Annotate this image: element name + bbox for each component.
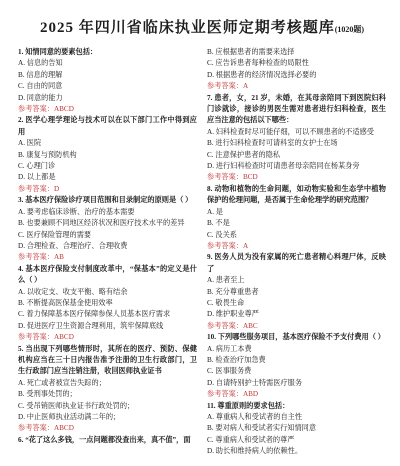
question-option: D. 合理检查、合理治疗、合理收费 <box>18 241 197 252</box>
question-option: A. 患者至上 <box>207 275 386 286</box>
question-option: A. 信息的告知 <box>18 58 197 69</box>
document-page: 2025 年四川省临床执业医师定期考核题库(1020题) 1. 知情同意的要素包… <box>0 0 400 466</box>
question-option: C. 应告诉患者每种检查的局限性 <box>207 58 386 69</box>
question-stem: 4. 基本医疗保险支付制度改革中，“保基本”的定义是什么（ ） <box>18 264 197 287</box>
question-block: 8. 动物和植物的生命问题，如动物实验和生态学中植物保护的伦理问题，是否属于生命… <box>207 184 386 252</box>
question-option: B. 信息的理解 <box>18 70 197 81</box>
question-option: A. 以收定支、收支平衡、略有结余 <box>18 287 197 298</box>
question-option: B. 应根据患者的需要来选择 <box>207 47 386 58</box>
question-block: B. 应根据患者的需要来选择C. 应告诉患者每种检查的局限性D. 根据患者的经济… <box>207 47 386 93</box>
question-option: B. 受刑事处罚的； <box>18 389 197 400</box>
question-block: 9. 医务人员为没有家属的死亡患者精心料理尸体，反映了A. 患者至上B. 充分尊… <box>207 252 386 332</box>
question-option: A. 尊重病人和受试者的自主性 <box>207 412 386 423</box>
answer-line: 参考答案：ABD <box>207 389 386 400</box>
answer-line: 参考答案：A <box>207 81 386 92</box>
two-column-layout: 1. 知情同意的要素包括：A. 信息的告知B. 信息的理解C. 自由的同意D. … <box>18 47 386 458</box>
answer-line: 参考答案：ABCD <box>18 423 197 434</box>
question-option: B. 康复与预防机构 <box>18 150 197 161</box>
left-column: 1. 知情同意的要素包括：A. 信息的告知B. 信息的理解C. 自由的同意D. … <box>18 47 197 458</box>
question-option: B. 也要兼顾不同地区经济状况和医疗技术水平的差异 <box>18 218 197 229</box>
answer-line: 参考答案：D <box>18 184 197 195</box>
question-option: C. 尊重病人和受试者的尊严 <box>207 435 386 446</box>
question-option: A. 医院 <box>18 138 197 149</box>
question-option: C. 心理门诊 <box>18 161 197 172</box>
question-stem: 11. 尊重原则的要求包括： <box>207 401 386 412</box>
question-stem: 7. 患者，女，21 岁，未婚，在其母亲陪同下到医院妇科门诊就诊，接诊的男医生需… <box>207 93 386 127</box>
question-option: A. 要考虑临床诊断、治疗的基本需要 <box>18 207 197 218</box>
question-option: C. 敬畏生命 <box>207 298 386 309</box>
question-block: 4. 基本医疗保险支付制度改革中，“保基本”的定义是什么（ ）A. 以收定支、收… <box>18 264 197 344</box>
question-option: C. 医疗保险管理的需要 <box>18 230 197 241</box>
question-option: D. 中止医师执业活动满二年的； <box>18 412 197 423</box>
answer-line: 参考答案：ABCD <box>18 104 197 115</box>
question-option: A. 死亡或者被宣告失踪的； <box>18 378 197 389</box>
answer-line: 参考答案：AB <box>18 252 197 263</box>
question-option: D. 助长和维持病人的依赖性。 <box>207 446 386 457</box>
title-suffix: (1020题) <box>335 25 364 34</box>
question-stem: 3. 基本医疗保险诊疗项目范围和目录制定的原则是（ ） <box>18 195 197 206</box>
question-stem: 5. 当出现下列哪些情形时，其所在的医疗、预防、保健机构应当在三十日内报告准予注… <box>18 344 197 378</box>
question-option: D. 自请特别护士特需医疗服务 <box>207 378 386 389</box>
question-stem: 10. 下列哪些服务项目，基本医疗保险不予支付费用（ ） <box>207 332 386 343</box>
question-option: C. 受吊销医师执业证书行政处罚的； <box>18 401 197 412</box>
question-option: B. 不断提高医保基金使用效率 <box>18 298 197 309</box>
question-option: D. 促进医疗卫生资源合理利用，筑牢保障底线 <box>18 321 197 332</box>
question-option: B. 检查治疗加急费 <box>207 355 386 366</box>
question-block: 6. “花了这么多钱，一点问题都没查出来，真不值”，面 <box>18 435 197 446</box>
question-stem: 8. 动物和植物的生命问题，如动物实验和生态学中植物保护的伦理问题，是否属于生命… <box>207 184 386 207</box>
question-block: 2. 医学心理学理论与技术可以在以下部门工作中得到应用A. 医院B. 康复与预防… <box>18 115 197 195</box>
question-stem: 9. 医务人员为没有家属的死亡患者精心料理尸体，反映了 <box>207 252 386 275</box>
question-block: 7. 患者，女，21 岁，未婚，在其母亲陪同下到医院妇科门诊就诊，接诊的男医生需… <box>207 93 386 184</box>
question-option: B. 充分尊重患者 <box>207 287 386 298</box>
answer-line: 参考答案：A <box>207 241 386 252</box>
answer-line: 参考答案：BCD <box>207 172 386 183</box>
question-option: D. 维护职业尊严 <box>207 309 386 320</box>
question-block: 10. 下列哪些服务项目，基本医疗保险不予支付费用（ ）A. 病历工本费B. 检… <box>207 332 386 400</box>
answer-line: 参考答案：ABC <box>207 321 386 332</box>
question-option: D. 以上都是 <box>18 172 197 183</box>
question-block: 1. 知情同意的要素包括：A. 信息的告知B. 信息的理解C. 自由的同意D. … <box>18 47 197 115</box>
question-option: A. 病历工本费 <box>207 344 386 355</box>
question-option: B. 进行妇科检查时可请科室的女护士在场 <box>207 138 386 149</box>
right-column: B. 应根据患者的需要来选择C. 应告诉患者每种检查的局限性D. 根据患者的经济… <box>207 47 386 458</box>
question-option: D. 同意的能力 <box>18 93 197 104</box>
question-block: 3. 基本医疗保险诊疗项目范围和目录制定的原则是（ ）A. 要考虑临床诊断、治疗… <box>18 195 197 263</box>
question-block: 11. 尊重原则的要求包括：A. 尊重病人和受试者的自主性B. 要对病人和受试者… <box>207 401 386 458</box>
question-option: B. 不是 <box>207 218 386 229</box>
question-option: A. 是 <box>207 207 386 218</box>
answer-line: 参考答案：ABCD <box>18 332 197 343</box>
question-stem: 1. 知情同意的要素包括： <box>18 47 197 58</box>
question-option: A. 妇科检查时尽可能仔细，可以不顾患者的不适感受 <box>207 127 386 138</box>
title-text: 2025 年四川省临床执业医师定期考核题库 <box>40 20 335 36</box>
question-option: C. 自由的同意 <box>18 81 197 92</box>
document-title: 2025 年四川省临床执业医师定期考核题库(1020题) <box>18 16 386 37</box>
question-option: C. 医事服务费 <box>207 366 386 377</box>
question-option: C. 着力保障基本医疗保障参保人员基本医疗需求 <box>18 309 197 320</box>
question-stem: 2. 医学心理学理论与技术可以在以下部门工作中得到应用 <box>18 115 197 138</box>
question-option: C. 注意保护患者的隐私 <box>207 150 386 161</box>
question-option: C. 没关系 <box>207 230 386 241</box>
question-stem: 6. “花了这么多钱，一点问题都没查出来，真不值”，面 <box>18 435 197 446</box>
question-option: D. 根据患者的经济情况选择必要的 <box>207 70 386 81</box>
question-option: B. 要对病人和受试者实行知情同意 <box>207 423 386 434</box>
question-block: 5. 当出现下列哪些情形时，其所在的医疗、预防、保健机构应当在三十日内报告准予注… <box>18 344 197 435</box>
question-option: D. 进行妇科检查时可请患者母亲陪同在杨某身旁 <box>207 161 386 172</box>
